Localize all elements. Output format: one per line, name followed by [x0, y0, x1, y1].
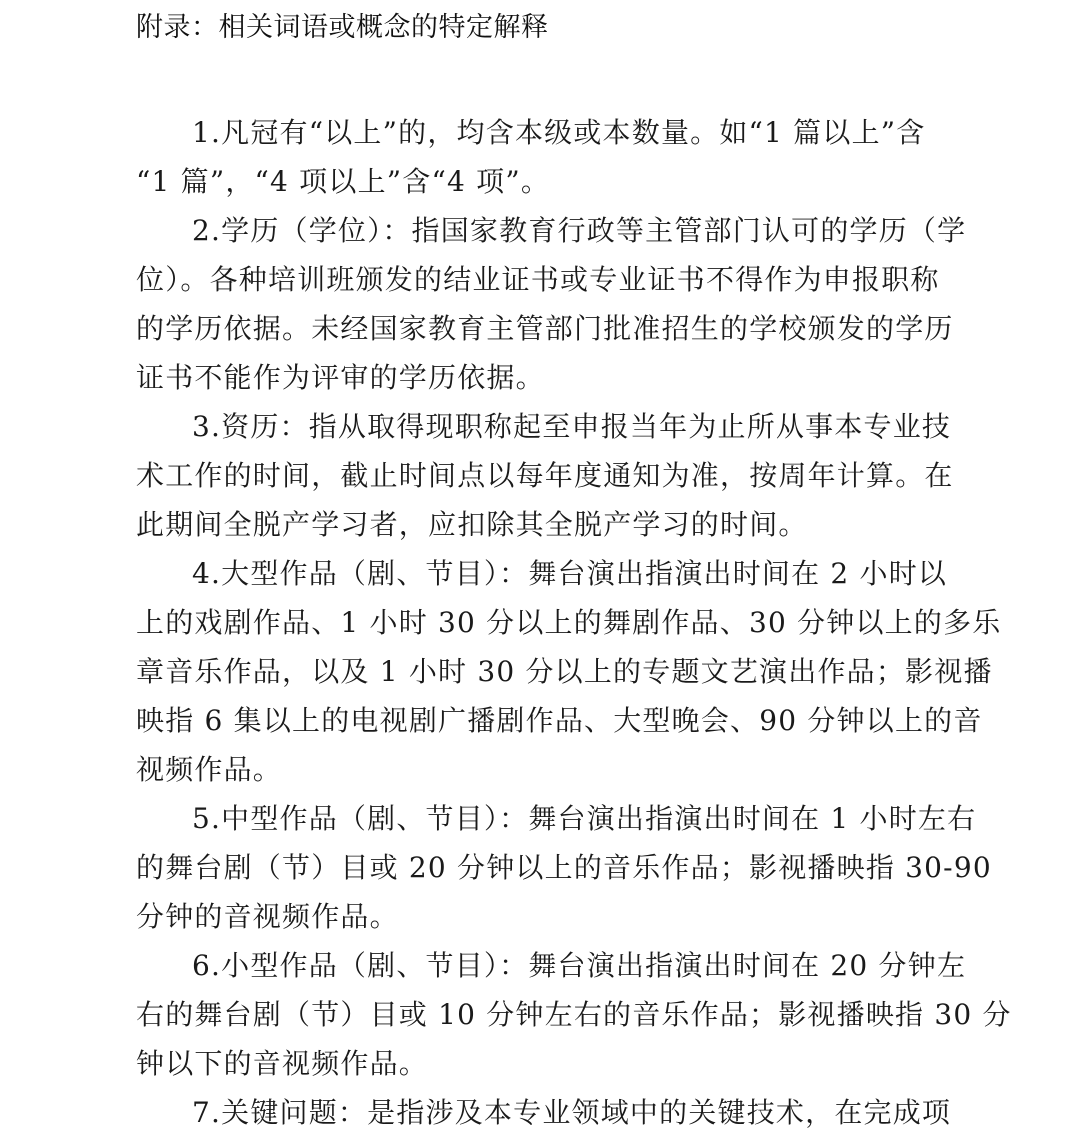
paragraph-line: 钟以下的音视频作品。: [136, 1039, 946, 1088]
paragraph-line: 3.资历：指从取得现职称起至申报当年为止所从事本专业技: [136, 402, 946, 451]
paragraph-line: 章音乐作品，以及 1 小时 30 分以上的专题文艺演出作品；影视播: [136, 647, 946, 696]
paragraph-line: 4.大型作品（剧、节目）：舞台演出指演出时间在 2 小时以: [136, 549, 946, 598]
paragraph-line: “1 篇”，“4 项以上”含“4 项”。: [136, 157, 946, 206]
document-body: 1.凡冠有“以上”的，均含本级或本数量。如“1 篇以上”含 “1 篇”，“4 项…: [136, 108, 946, 1134]
paragraph-line: 右的舞台剧（节）目或 10 分钟左右的音乐作品；影视播映指 30 分: [136, 990, 946, 1039]
paragraph-line: 6.小型作品（剧、节目）：舞台演出指演出时间在 20 分钟左: [136, 941, 946, 990]
paragraph-7: 7.关键问题：是指涉及本专业领域中的关键技术，在完成项: [136, 1088, 946, 1134]
paragraph-2: 2.学历（学位）：指国家教育行政等主管部门认可的学历（学 位）。各种培训班颁发的…: [136, 206, 946, 402]
paragraph-line: 此期间全脱产学习者，应扣除其全脱产学习的时间。: [136, 500, 946, 549]
paragraph-line: 位）。各种培训班颁发的结业证书或专业证书不得作为申报职称: [136, 255, 946, 304]
paragraph-line: 证书不能作为评审的学历依据。: [136, 353, 946, 402]
paragraph-line: 1.凡冠有“以上”的，均含本级或本数量。如“1 篇以上”含: [136, 108, 946, 157]
paragraph-4: 4.大型作品（剧、节目）：舞台演出指演出时间在 2 小时以 上的戏剧作品、1 小…: [136, 549, 946, 794]
paragraph-line: 2.学历（学位）：指国家教育行政等主管部门认可的学历（学: [136, 206, 946, 255]
page-title: 附录：相关词语或概念的特定解释: [136, 8, 549, 48]
paragraph-line: 的学历依据。未经国家教育主管部门批准招生的学校颁发的学历: [136, 304, 946, 353]
paragraph-line: 视频作品。: [136, 745, 946, 794]
paragraph-line: 5.中型作品（剧、节目）：舞台演出指演出时间在 1 小时左右: [136, 794, 946, 843]
paragraph-line: 上的戏剧作品、1 小时 30 分以上的舞剧作品、30 分钟以上的多乐: [136, 598, 946, 647]
paragraph-6: 6.小型作品（剧、节目）：舞台演出指演出时间在 20 分钟左 右的舞台剧（节）目…: [136, 941, 946, 1088]
paragraph-3: 3.资历：指从取得现职称起至申报当年为止所从事本专业技 术工作的时间，截止时间点…: [136, 402, 946, 549]
paragraph-line: 的舞台剧（节）目或 20 分钟以上的音乐作品；影视播映指 30-90: [136, 843, 946, 892]
paragraph-line: 分钟的音视频作品。: [136, 892, 946, 941]
paragraph-line: 7.关键问题：是指涉及本专业领域中的关键技术，在完成项: [136, 1088, 946, 1134]
paragraph-5: 5.中型作品（剧、节目）：舞台演出指演出时间在 1 小时左右 的舞台剧（节）目或…: [136, 794, 946, 941]
paragraph-1: 1.凡冠有“以上”的，均含本级或本数量。如“1 篇以上”含 “1 篇”，“4 项…: [136, 108, 946, 206]
paragraph-line: 术工作的时间，截止时间点以每年度通知为准，按周年计算。在: [136, 451, 946, 500]
paragraph-line: 映指 6 集以上的电视剧广播剧作品、大型晚会、90 分钟以上的音: [136, 696, 946, 745]
